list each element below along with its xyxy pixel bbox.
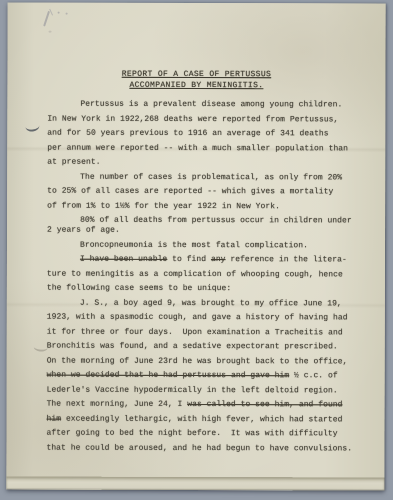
typed-text: reference in the litera- xyxy=(226,255,347,264)
typed-text: The next morning, June 24, I xyxy=(47,400,188,409)
typed-text: 80% of all deaths from pertussus occur i… xyxy=(80,216,352,226)
typed-text: that he could be aroused, and he had beg… xyxy=(46,443,352,453)
text-line: when we decided that he had pertussus an… xyxy=(47,369,359,384)
typed-text: Broncopneumonia is the most fatal compli… xyxy=(80,240,308,250)
typed-text: per annum were reported -- with a much s… xyxy=(47,143,348,153)
typed-text: ture to meningitis as a complication of … xyxy=(47,269,343,279)
pencil-scribble-mark xyxy=(38,9,74,37)
text-line: and for 50 years previous to 1916 an ave… xyxy=(47,127,359,142)
text-line: Lederle's Vaccine hypodermically in the … xyxy=(47,383,359,398)
struck-text: any xyxy=(211,255,226,264)
scanned-document-view: { "document": { "title_line1": "REPORT O… xyxy=(0,0,393,500)
typed-text: 1923, with a spasmodic cough, and gave a… xyxy=(47,313,348,323)
typed-text: On the morning of June 23rd he was broug… xyxy=(47,356,348,366)
typed-text: Pertussus is a prevalent disease among y… xyxy=(80,100,342,110)
typed-text: and for 50 years previous to 1916 an ave… xyxy=(47,129,328,139)
text-line: 1923, with a spasmodic cough, and gave a… xyxy=(47,311,359,326)
typed-text: exceedingly lethargic, with high fever, … xyxy=(61,414,342,424)
page-title: REPORT OF A CASE OF PERTUSSUS ACCOMPANIE… xyxy=(7,70,385,92)
text-line: to 25% of all cases are reported -- whic… xyxy=(47,185,359,200)
text-line: In New York in 1922,268 deaths were repo… xyxy=(47,112,359,127)
text-line: I have been unable to find any reference… xyxy=(47,253,359,268)
typed-text: to find xyxy=(167,255,211,264)
struck-text: was called to see him, and found xyxy=(187,400,342,409)
typed-text: to 25% of all cases are reported -- whic… xyxy=(47,187,333,197)
text-line: Bronchitis was found, and a sedative exp… xyxy=(47,340,359,355)
typed-text: J. S., a boy aged 9, was brought to my o… xyxy=(80,298,342,308)
under-sheet-edge xyxy=(6,477,384,491)
typed-text: of from 1% to 1½% for the year 1922 in N… xyxy=(47,201,280,211)
typed-text: In New York in 1922,268 deaths were repo… xyxy=(47,114,338,124)
text-line: The next morning, June 24, I was called … xyxy=(47,398,359,413)
text-line: On the morning of June 23rd he was broug… xyxy=(47,354,359,369)
typed-text: after going to bed the night before. It … xyxy=(46,429,337,439)
typed-text: it for three or four days. Upon examinat… xyxy=(47,327,343,337)
typed-text: ½ c.c. of xyxy=(289,371,338,380)
text-line: Broncopneumonia is the most fatal compli… xyxy=(47,238,359,253)
struck-text: when we decided that he had pertussus an… xyxy=(47,371,290,381)
text-line: that he could be aroused, and he had beg… xyxy=(46,441,358,456)
text-line: J. S., a boy aged 9, was brought to my o… xyxy=(47,296,359,311)
text-line: The number of cases is problematical, as… xyxy=(47,170,359,185)
paper-clip-mark xyxy=(25,120,40,132)
text-line: the following case seems to be unique: xyxy=(47,282,359,297)
typed-text: 2 years of age. xyxy=(47,226,120,235)
text-line: Pertussus is a prevalent disease among y… xyxy=(47,98,359,113)
text-line: at present. xyxy=(47,156,359,171)
text-line: ture to meningitis as a complication of … xyxy=(47,267,359,282)
typed-text: Lederle's Vaccine hypodermically in the … xyxy=(47,385,338,395)
text-line: him exceedingly lethargic, with high fev… xyxy=(47,412,359,427)
document-body: Pertussus is a prevalent disease among y… xyxy=(46,98,359,457)
text-line: of from 1% to 1½% for the year 1922 in N… xyxy=(47,199,359,214)
typed-text: the following case seems to be unique: xyxy=(47,284,231,293)
typed-text: The number of cases is problematical, as… xyxy=(80,172,342,182)
text-line: after going to bed the night before. It … xyxy=(46,427,358,442)
typed-text: at present. xyxy=(47,158,100,167)
struck-text: I have been unable xyxy=(80,255,167,264)
text-line: per annum were reported -- with a much s… xyxy=(47,141,359,156)
title-line-2: ACCOMPANIED BY MENINGITIS. xyxy=(7,80,385,91)
typed-text: Bronchitis was found, and a sedative exp… xyxy=(47,342,338,352)
text-line: it for three or four days. Upon examinat… xyxy=(47,325,359,340)
document-page: REPORT OF A CASE OF PERTUSSUS ACCOMPANIE… xyxy=(6,3,385,491)
struck-text: him xyxy=(47,414,62,423)
